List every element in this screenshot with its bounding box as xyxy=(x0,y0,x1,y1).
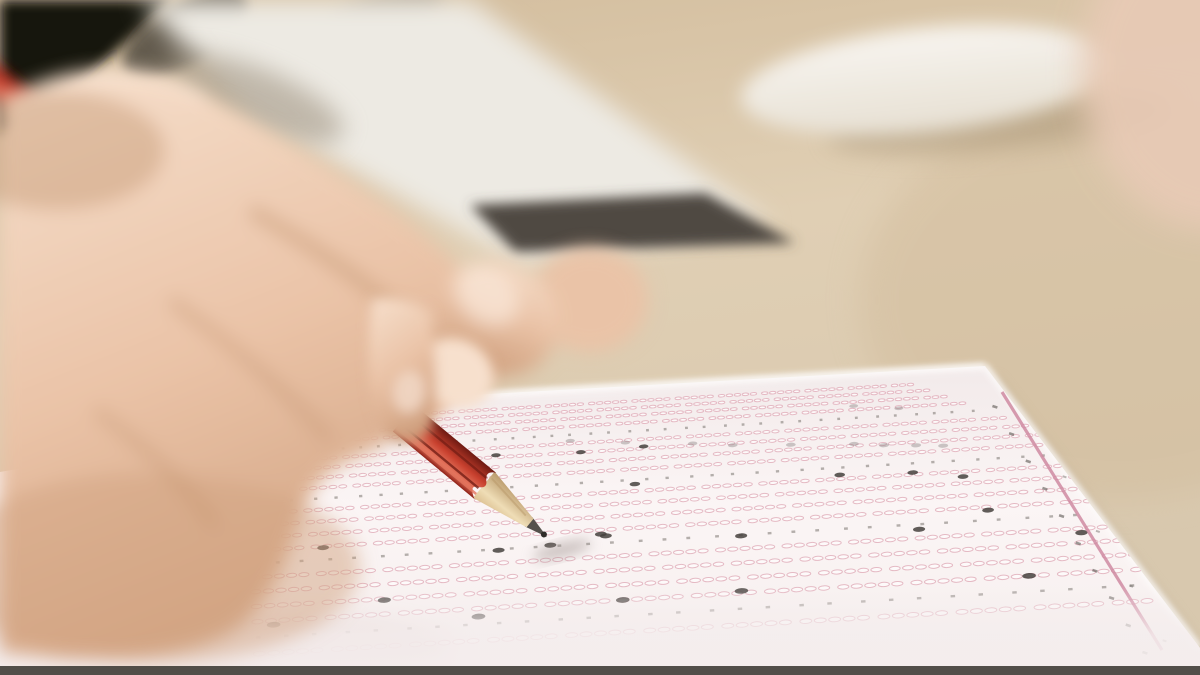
scene-svg xyxy=(0,0,1200,675)
photo-exam-scene xyxy=(0,0,1200,675)
bottom-edge-strip xyxy=(0,666,1200,675)
